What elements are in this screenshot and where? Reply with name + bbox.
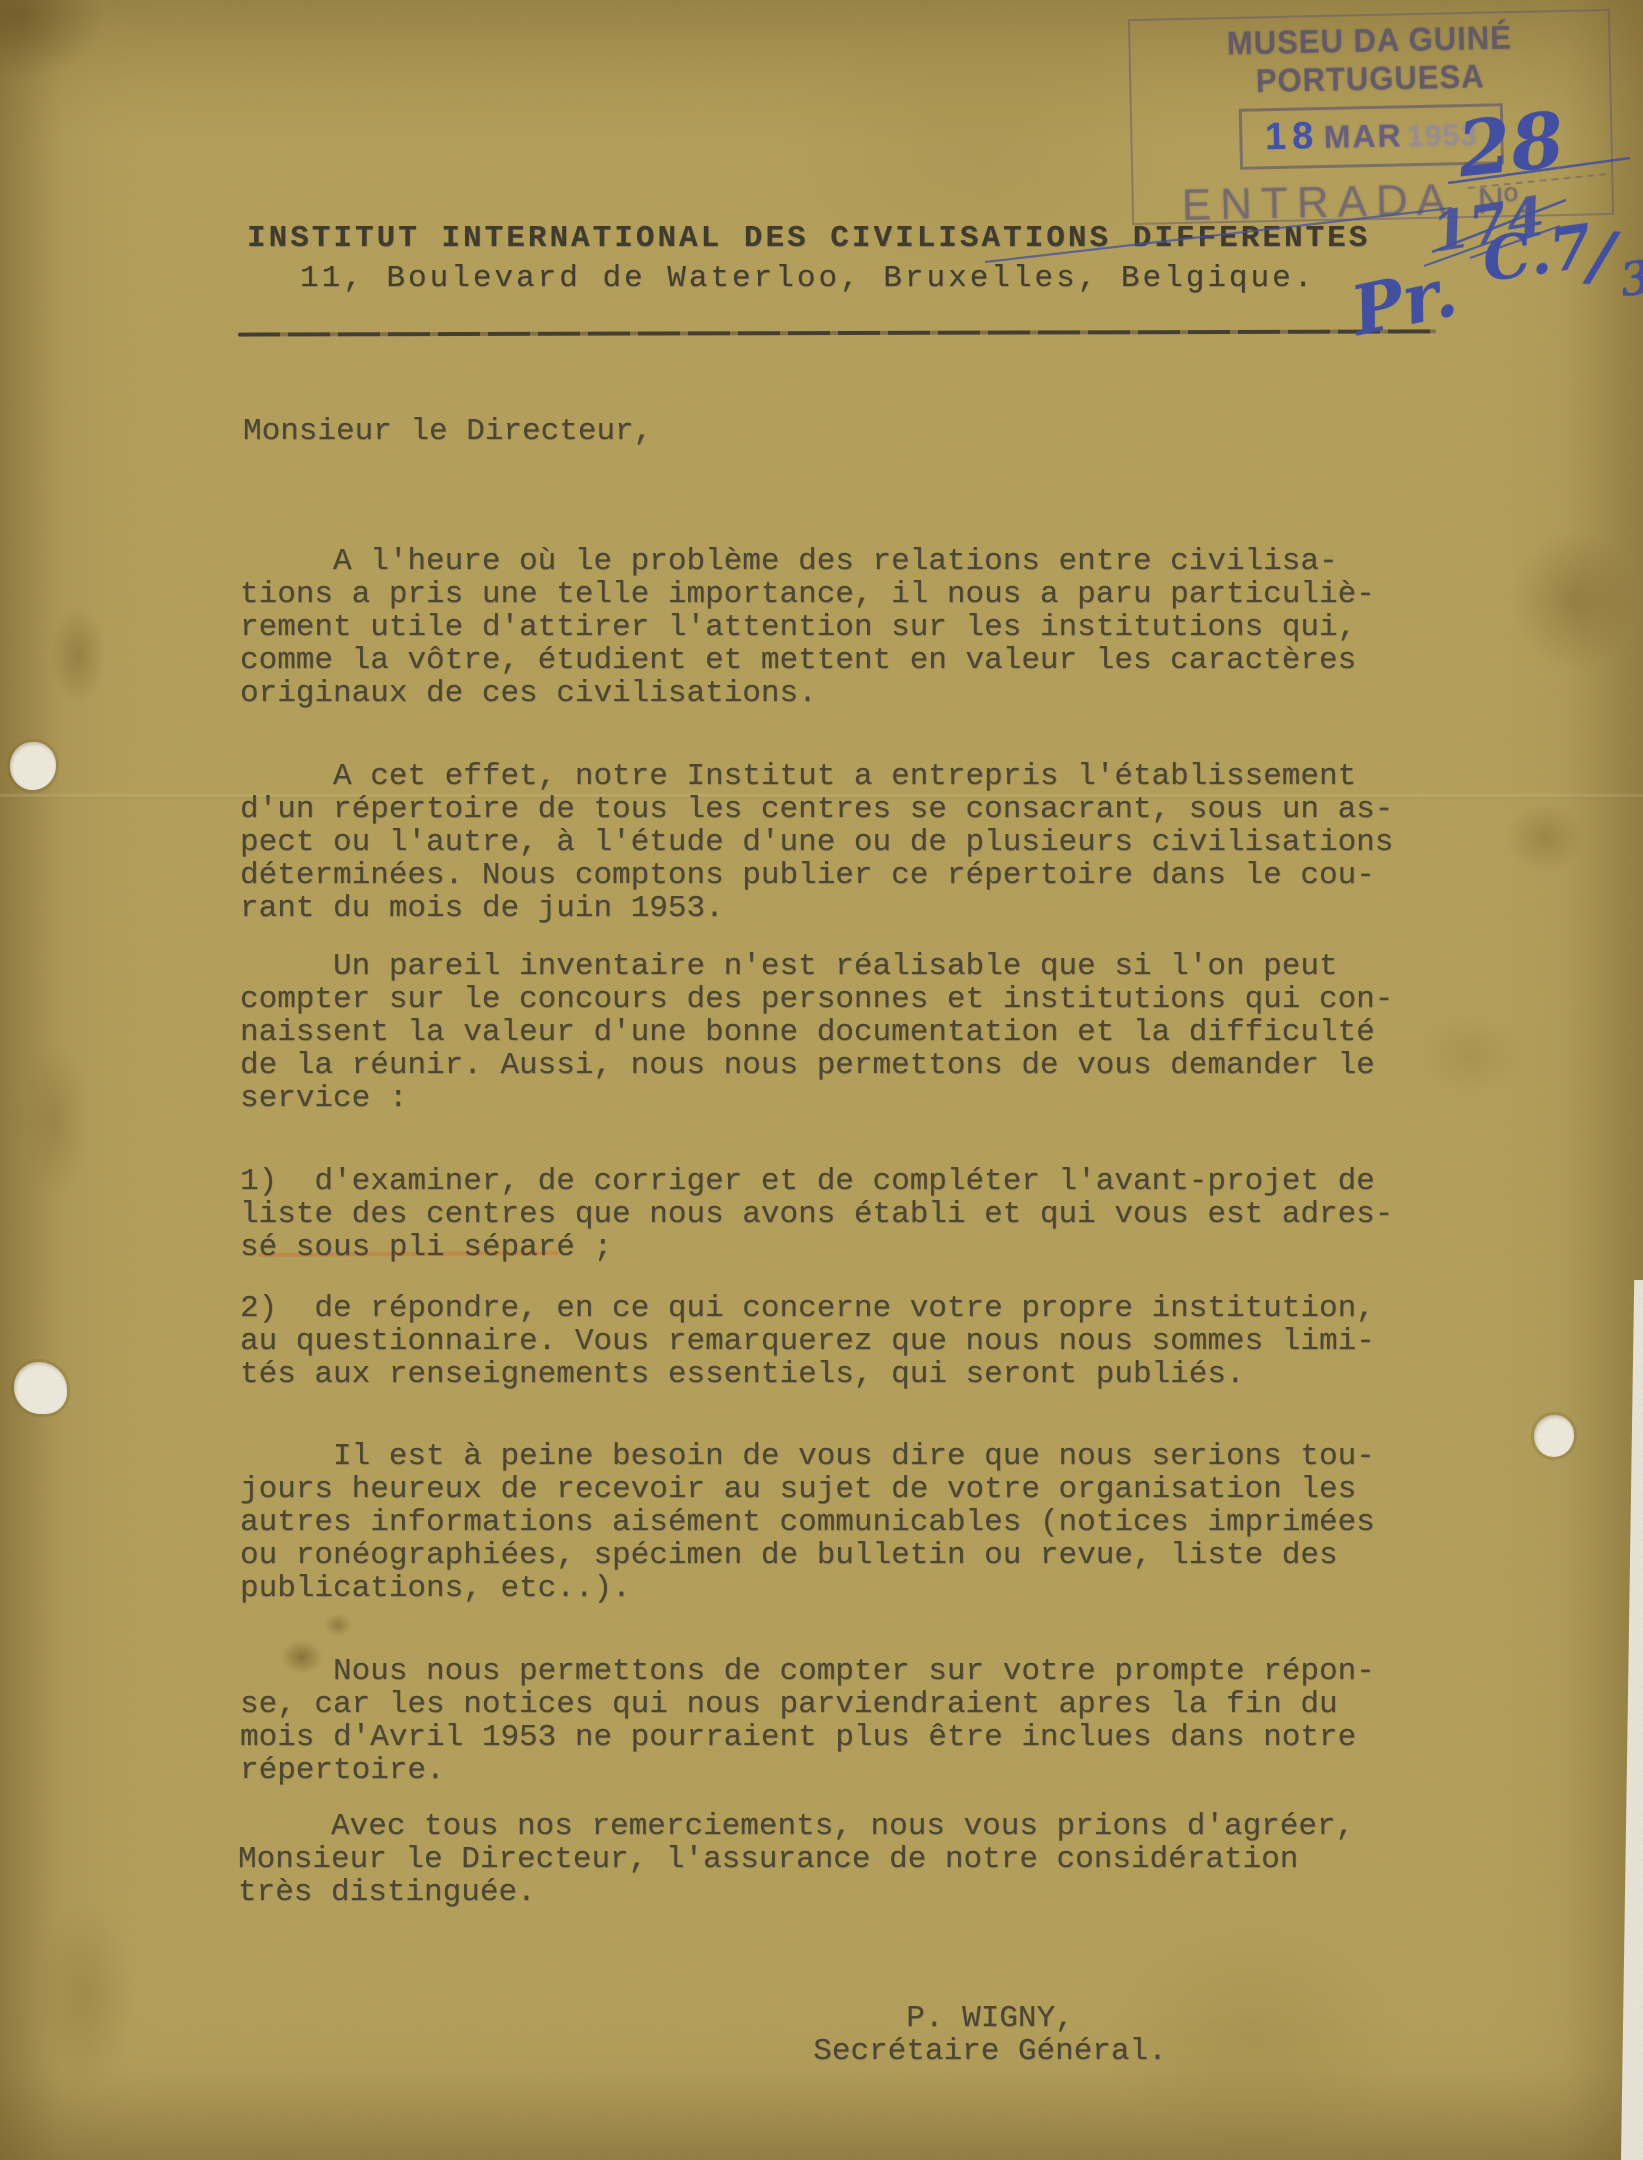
handwritten-ref-main: C.7 — [1478, 212, 1596, 297]
punch-hole — [1534, 1415, 1574, 1457]
paragraph-6-closing: Avec tous nos remerciements, nous vous p… — [238, 1810, 1354, 1909]
paragraph-2: A cet effet, notre Institut a entrepris … — [240, 760, 1393, 925]
handwritten-ref-denominator: 3 — [1617, 249, 1643, 307]
signature-name: P. WIGNY, — [906, 2001, 1073, 2036]
paragraph-3: Un pareil inventaire n'est réalisable qu… — [240, 950, 1393, 1115]
paragraph-1: A l'heure où le problème des relations e… — [240, 545, 1375, 710]
handwritten-entry-number: 28 — [1454, 95, 1568, 195]
letter-content: MUSEU DA GUINÉ PORTUGUESA 18 MAR 1953 EN… — [0, 0, 1643, 2160]
letterhead-rule — [238, 329, 1436, 336]
list-item-2: 2) de répondre, en ce qui concerne votre… — [240, 1292, 1375, 1391]
list-item-1: 1) d'examiner, de corriger et de complét… — [240, 1165, 1393, 1264]
salutation: Monsieur le Directeur, — [243, 415, 652, 448]
signature-title: Secrétaire Général. — [813, 2034, 1166, 2069]
stamp-museum-name: MUSEU DA GUINÉ PORTUGUESA — [1130, 17, 1609, 103]
letterhead-address: 11, Boulevard de Waterloo, Bruxelles, Be… — [300, 262, 1315, 295]
punch-hole — [10, 742, 56, 790]
handwritten-ref-slash: / — [1587, 216, 1616, 295]
handwritten-ref-prefix: Pr. — [1345, 252, 1464, 352]
signature-block: P. WIGNY, Secrétaire Général. — [790, 2002, 1190, 2068]
stamp-date-day: 18 — [1265, 115, 1320, 158]
stamp-date-month: MAR — [1323, 117, 1403, 155]
punch-hole — [14, 1362, 67, 1414]
paragraph-5: Nous nous permettons de compter sur votr… — [240, 1655, 1375, 1787]
paragraph-4: Il est à peine besoin de vous dire que n… — [240, 1440, 1375, 1605]
letter-page: MUSEU DA GUINÉ PORTUGUESA 18 MAR 1953 EN… — [0, 0, 1643, 2160]
stamp-entrada-label: ENTRADA — [1181, 175, 1455, 230]
